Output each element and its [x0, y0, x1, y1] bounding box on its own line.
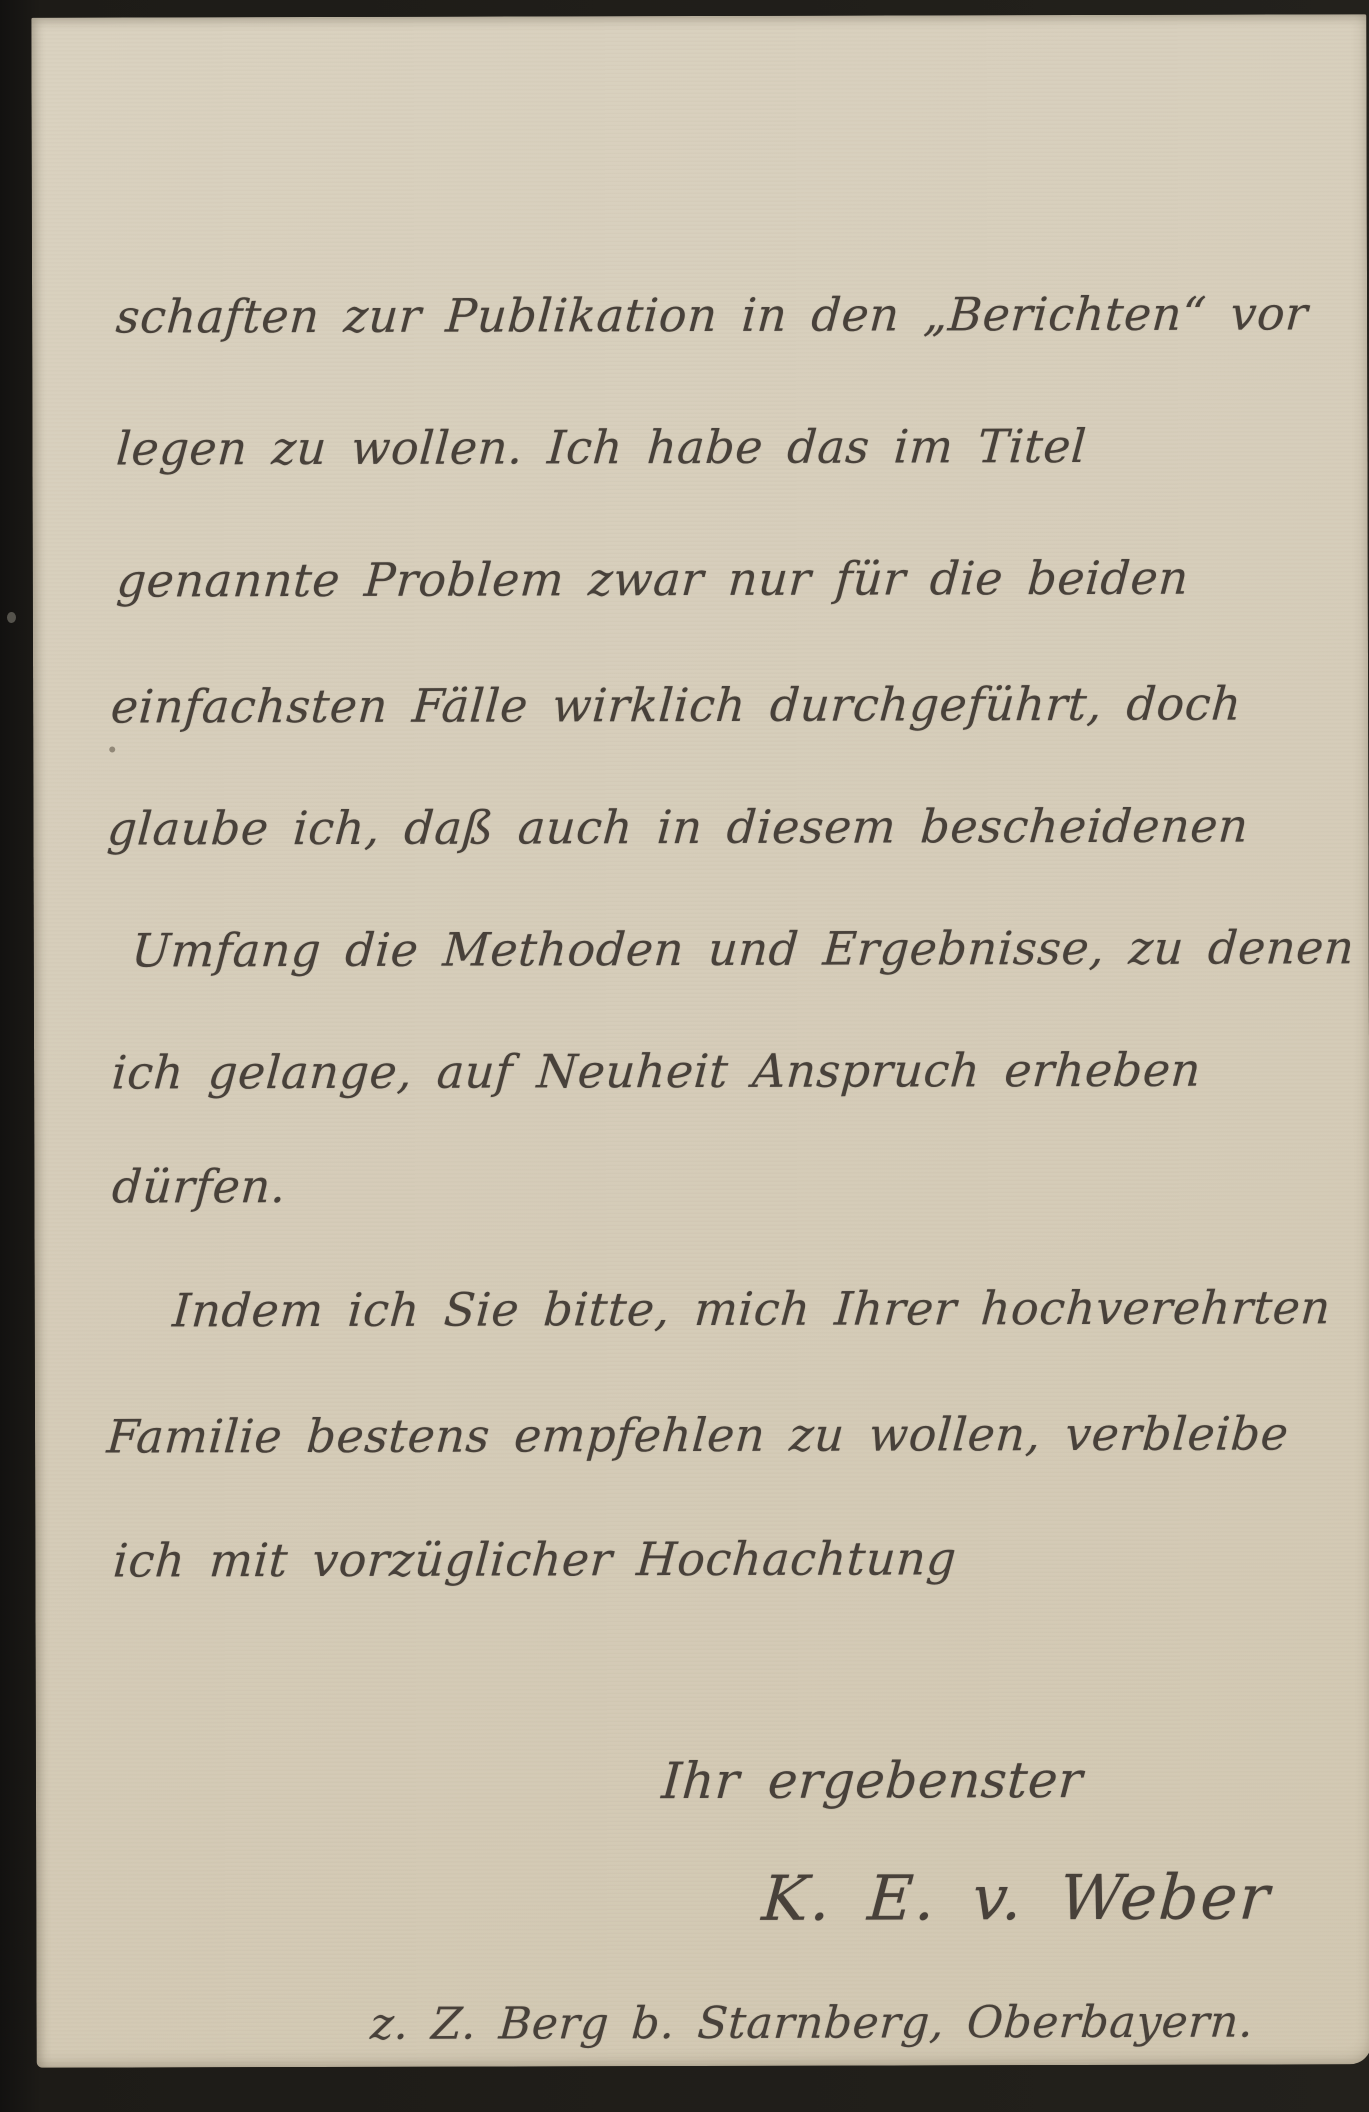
scanned-letter-page: schaften zur Publikation in den „Bericht…: [0, 0, 1369, 2112]
handwritten-line: legen zu wollen. Ich habe das im Titel: [115, 419, 1089, 476]
scan-edge-speck: [7, 612, 16, 623]
handwritten-line: dürfen.: [111, 1159, 288, 1213]
handwritten-line: einfachsten Fälle wirklich durchgeführt,…: [109, 677, 1243, 734]
signature-line: K. E. v. Weber: [760, 1861, 1274, 1935]
ink-dot: [109, 747, 115, 753]
handwritten-line: Umfang die Methoden und Ergebnisse, zu d…: [130, 920, 1356, 977]
handwritten-line: glaube ich, daß auch in diesem bescheide…: [106, 799, 1251, 856]
closing-line: Ihr ergebenster: [660, 1751, 1085, 1810]
letter-paper: schaften zur Publikation in den „Bericht…: [31, 14, 1369, 2067]
location-line: z. Z. Berg b. Starnberg, Oberbayern.: [369, 1997, 1255, 2050]
handwritten-line: Indem ich Sie bitte, mich Ihrer hochvere…: [171, 1280, 1333, 1337]
handwritten-line: genannte Problem zwar nur für die beiden: [115, 551, 1191, 608]
handwritten-line: schaften zur Publikation in den „Bericht…: [114, 286, 1310, 343]
handwritten-line: ich mit vorzüglicher Hochachtung: [112, 1531, 959, 1587]
handwritten-line: Familie bestens empfehlen zu wollen, ver…: [105, 1406, 1290, 1463]
handwritten-line: ich gelange, auf Neuheit Anspruch erhebe…: [110, 1043, 1203, 1100]
